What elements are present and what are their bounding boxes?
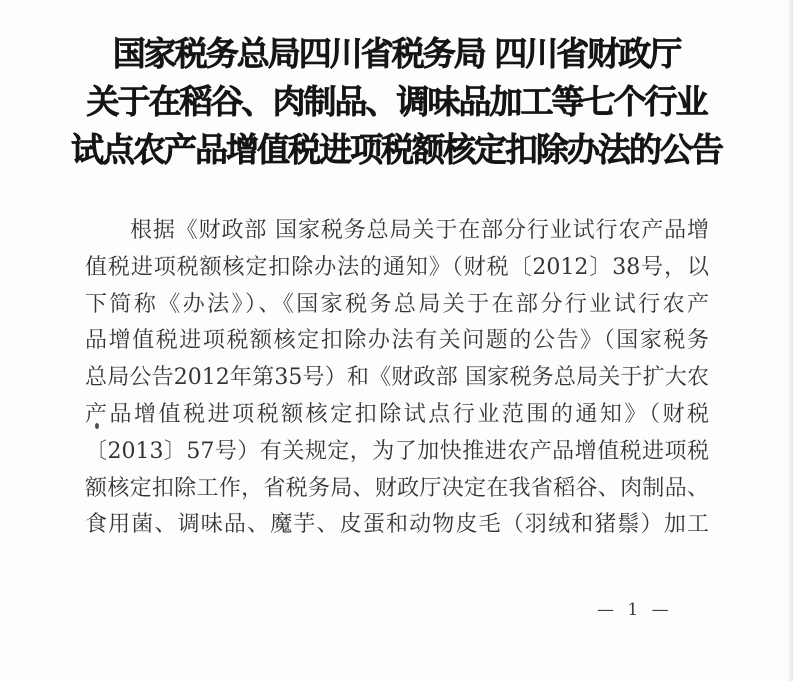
body-line: 额核定扣除工作，省税务局、财政厅决定在我省稻谷、肉制品、	[85, 471, 709, 508]
body-line: 总局公告2012年第35号）和《财政部 国家税务总局关于扩大农	[85, 360, 709, 397]
body-line: 〔2013〕57号）有关规定，为了加快推进农产品增值税进项税	[85, 434, 709, 471]
document-body-paragraph: 根据《财政部 国家税务总局关于在部分行业试行农产品增 值税进项税额核定扣除办法的…	[85, 213, 709, 544]
body-line: 值税进项税额核定扣除办法的通知》（财税〔2012〕38号，以	[85, 250, 709, 287]
document-title-line-2: 关于在稻谷、肉制品、调味品加工等七个行业	[30, 78, 763, 126]
body-line: 食用菌、调味品、魔芋、皮蛋和动物皮毛（羽绒和猪鬃）加工	[85, 507, 709, 544]
body-line: 品增值税进项税额核定扣除办法有关问题的公告》（国家税务	[85, 323, 709, 360]
document-title-line-1: 国家税务总局四川省税务局 四川省财政厅	[30, 30, 763, 78]
body-line: 根据《财政部 国家税务总局关于在部分行业试行农产品增	[85, 213, 709, 250]
document-title: 国家税务总局四川省税务局 四川省财政厅 关于在稻谷、肉制品、调味品加工等七个行业…	[30, 30, 763, 174]
scanned-document-page: 国家税务总局四川省税务局 四川省财政厅 关于在稻谷、肉制品、调味品加工等七个行业…	[0, 0, 793, 681]
body-line: 产品增值税进项税额核定扣除试点行业范围的通知》（财税	[85, 397, 709, 434]
scan-speck-artifact	[95, 423, 99, 429]
body-line: 下简称《办法》）、《国家税务总局关于在部分行业试行农产	[85, 287, 709, 324]
document-title-line-3: 试点农产品增值税进项税额核定扣除办法的公告	[30, 126, 763, 174]
scan-edge-artifact	[788, 0, 793, 681]
page-number: — 1 —	[597, 600, 673, 620]
